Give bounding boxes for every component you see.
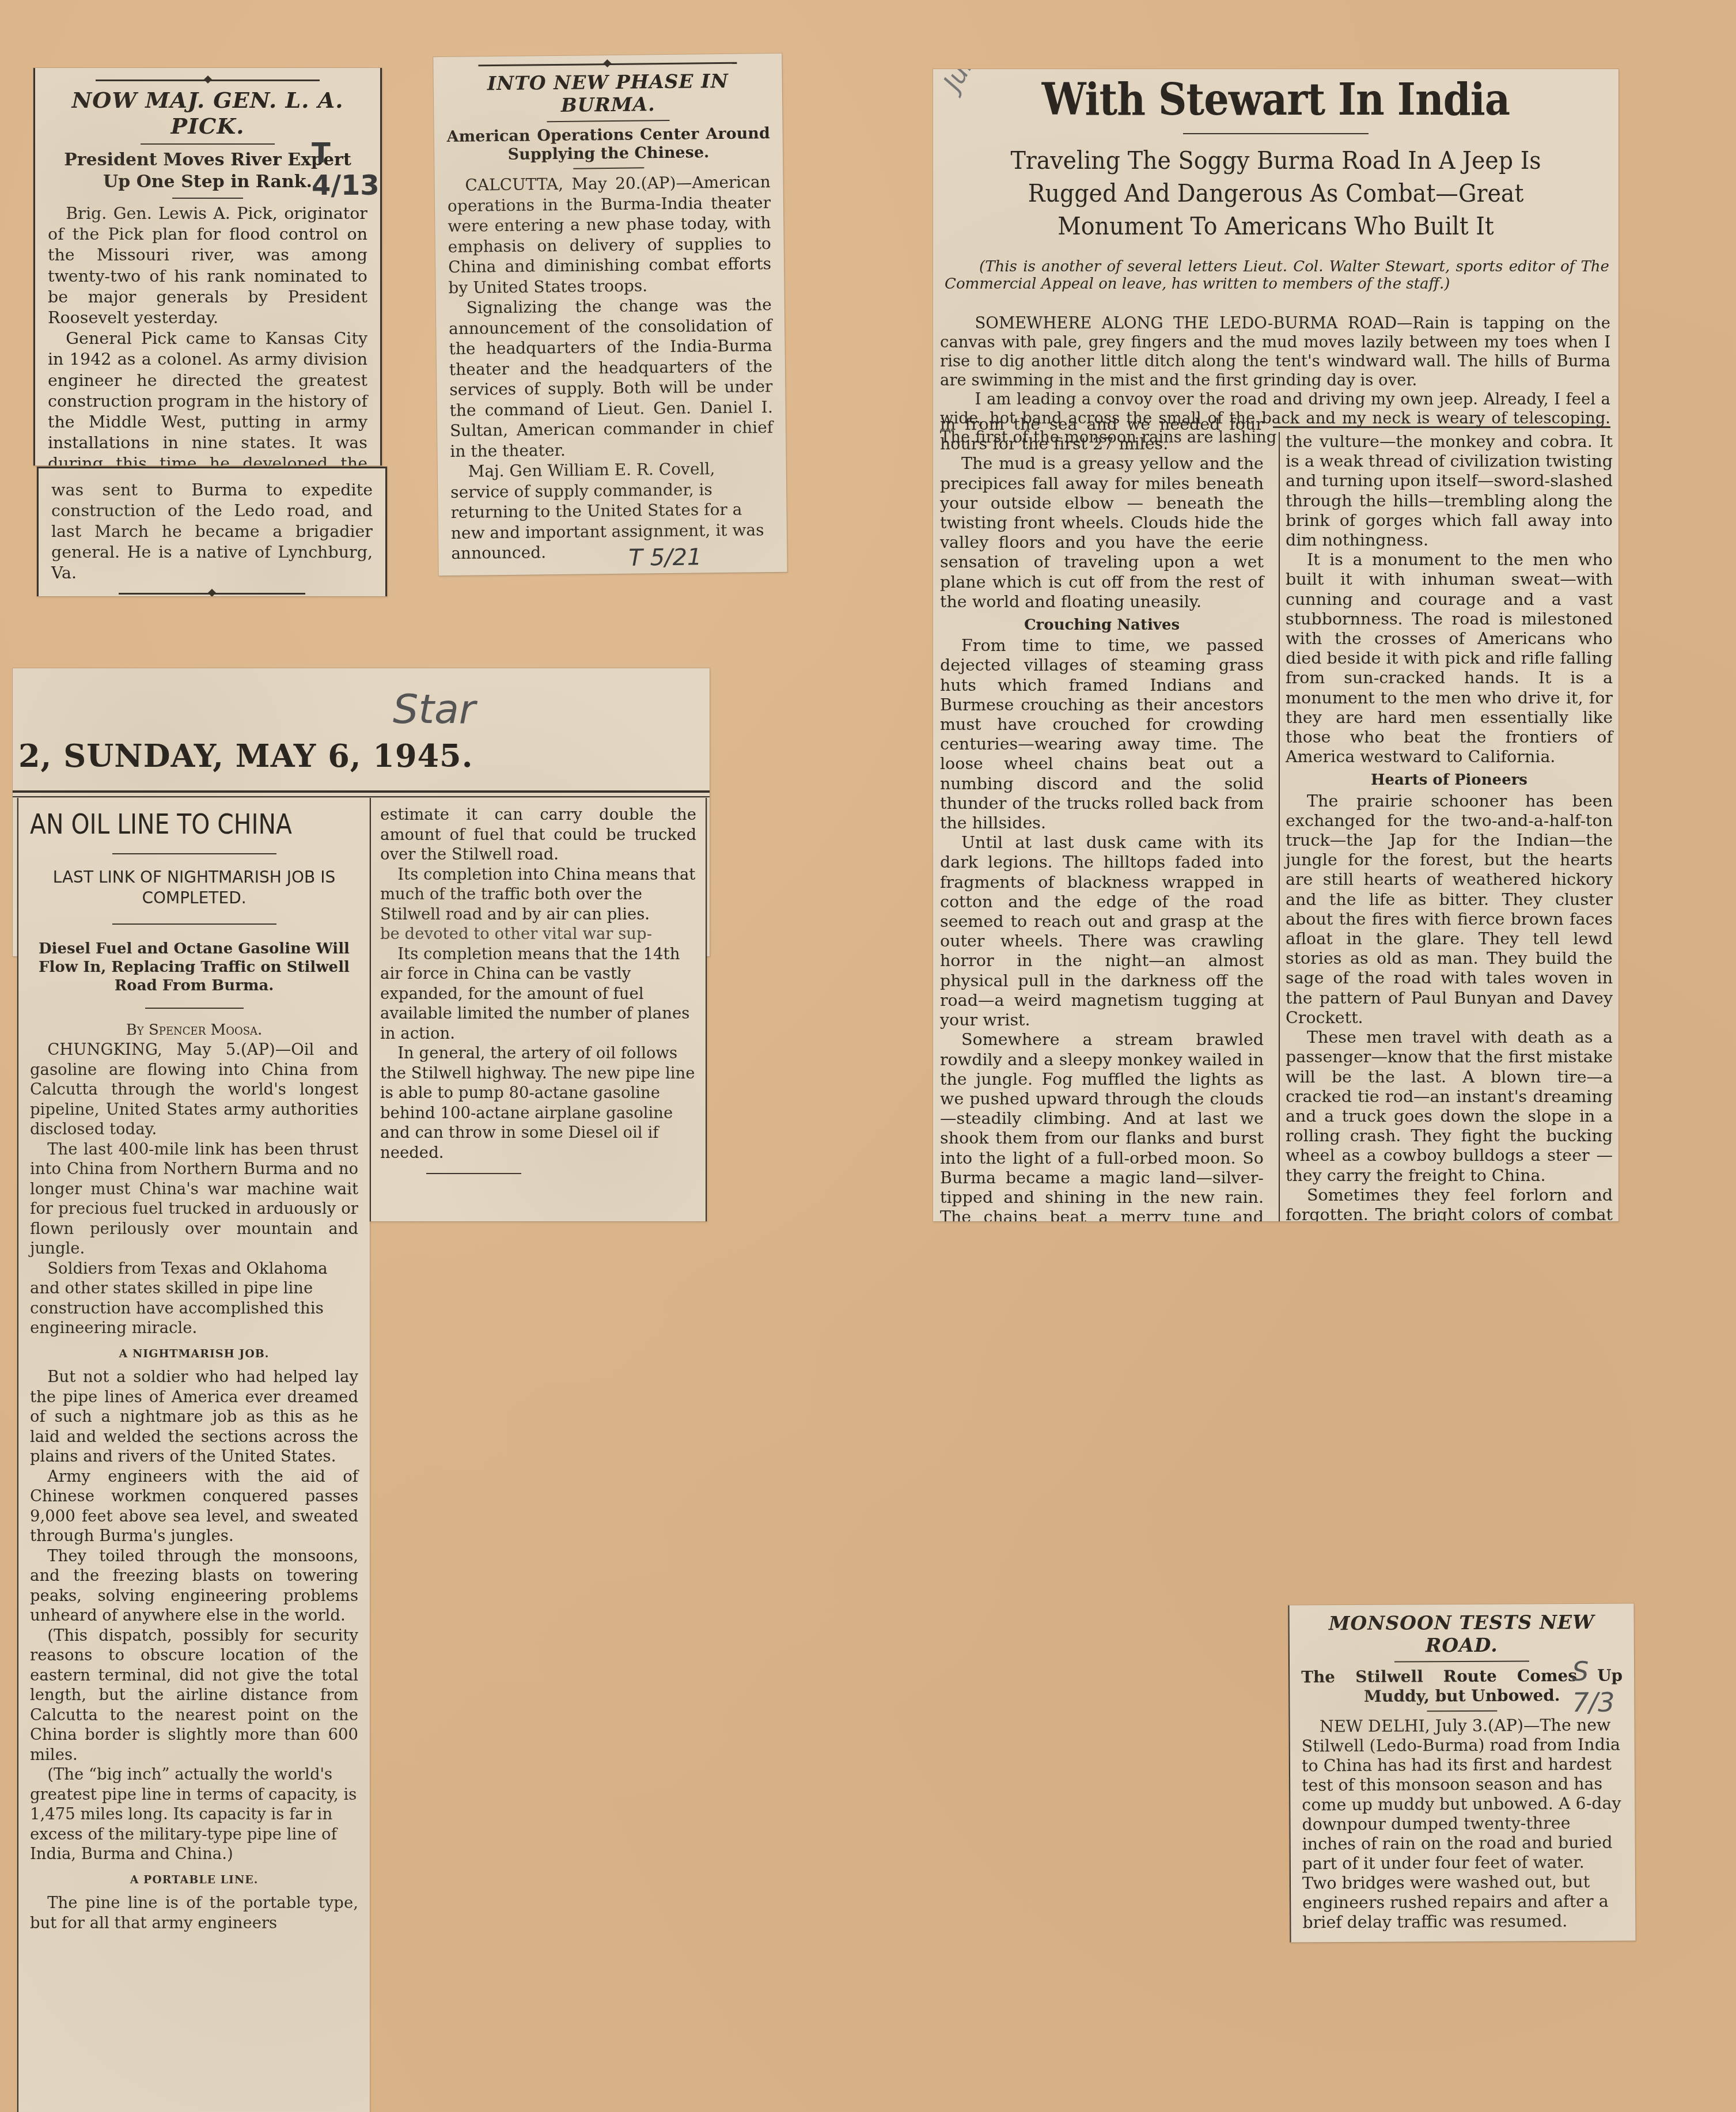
paragraph: estimate it can carry double the amount … [380, 805, 696, 865]
subhead: Hearts of Pioneers [1286, 770, 1613, 790]
article-header: With Stewart In India Traveling The Sogg… [933, 74, 1619, 293]
article-body: Brig. Gen. Lewis A. Pick, originator of … [48, 203, 367, 465]
divider [547, 120, 669, 122]
paragraph: These men travel with death as a passeng… [1286, 1028, 1613, 1186]
paragraph: CHUNGKING, May 5.(AP)—Oil and gasoline a… [30, 1040, 358, 1140]
paragraph: The mud is a greasy yellow and the preci… [940, 454, 1264, 612]
paragraph: In general, the artery of oil follows th… [380, 1043, 696, 1163]
divider [112, 853, 276, 854]
paragraph: (The “big inch” actually the world's gre… [30, 1765, 358, 1864]
divider [1427, 1710, 1498, 1712]
article-left-column: in from the sea and we needed four hours… [940, 415, 1264, 1221]
divider [1394, 1660, 1529, 1662]
paragraph: Soldiers from Texas and Oklahoma and oth… [30, 1259, 358, 1338]
subhead: A PORTABLE LINE. [30, 1870, 358, 1890]
paragraph: Signalizing the change was the announcem… [449, 294, 774, 461]
handwritten-note: Star [393, 686, 476, 733]
deck: LAST LINK OF NIGHTMARISH JOB IS COMPLETE… [30, 867, 358, 909]
article-body: CHUNGKING, May 5.(AP)—Oil and gasoline a… [30, 1040, 358, 1933]
headline: AN OIL LINE TO CHINA [30, 808, 309, 841]
paragraph: From time to time, we passed dejected vi… [940, 636, 1264, 833]
dateline-date: SUNDAY, MAY 6, 1945. [63, 737, 473, 774]
handwritten-note: S 7/3 [1572, 1655, 1635, 1718]
headline: NOW MAJ. GEN. L. A. PICK. [48, 87, 367, 139]
paragraph: Somewhere a stream brawled rowdily and a… [940, 1030, 1264, 1221]
headline: With Stewart In India [968, 74, 1585, 125]
paragraph: CALCUTTA, May 20.(AP)—American operation… [447, 172, 771, 298]
subhead: A NIGHTMARISH JOB. [30, 1344, 358, 1364]
byline: By Spencer Moosa. [30, 1021, 358, 1039]
clipping-with-stewart-in-india: With Stewart In India Traveling The Sogg… [933, 69, 1619, 1221]
paragraph: Brig. Gen. Lewis A. Pick, originator of … [48, 203, 367, 328]
divider [573, 167, 644, 169]
ornament-rule [119, 593, 305, 595]
subhead: Crouching Natives [940, 615, 1264, 635]
paragraph: (This dispatch, possibly for security re… [30, 1626, 358, 1765]
clipping-monsoon-tests-new-road: MONSOON TESTS NEW ROAD. The Stilwell Rou… [1288, 1603, 1635, 1942]
editor-note-text: (This is another of several letters Lieu… [945, 258, 1609, 293]
clipping-oil-line-right-column: estimate it can carry double the amount … [370, 798, 707, 1221]
clipping-new-phase-burma: INTO NEW PHASE IN BURMA. American Operat… [433, 54, 787, 576]
ornament-rule [479, 62, 737, 67]
paragraph: The last 400-mile link has been thrust i… [30, 1140, 358, 1259]
paragraph: Army engineers with the aid of Chinese w… [30, 1467, 358, 1546]
divider [1183, 133, 1368, 134]
deck: Traveling The Soggy Burma Road In A Jeep… [961, 145, 1591, 243]
divider [145, 1008, 244, 1009]
divider [172, 198, 242, 199]
paragraph: Its completion into China means that muc… [380, 865, 696, 925]
paragraph: The pine line is of the portable type, b… [30, 1893, 358, 1933]
paragraph: They toiled through the monsoons, and th… [30, 1546, 358, 1626]
handwritten-note: T 4/13 [312, 137, 380, 202]
headline: MONSOON TESTS NEW ROAD. [1301, 1611, 1623, 1657]
paragraph: But not a soldier who had helped lay the… [30, 1367, 358, 1467]
masthead-rule [13, 796, 710, 797]
masthead-rule [13, 790, 710, 793]
clipping-pick: NOW MAJ. GEN. L. A. PICK. President Move… [33, 68, 382, 465]
paragraph: Its completion means that the 14th air f… [380, 944, 696, 1044]
paragraph: Maj. Gen William E. R. Covell, service o… [450, 458, 775, 563]
article-right-column: the vulture—the monkey and cobra. It is … [1279, 432, 1613, 1221]
dateline-prefix: 2, [18, 737, 52, 774]
clipping-oil-line-left-column: AN OIL LINE TO CHINA LAST LINK OF NIGHTM… [17, 798, 370, 2112]
paragraph: NEW DELHI, July 3.(AP)—The new Stilwell … [1301, 1716, 1624, 1933]
clipping-pick-continuation: was sent to Burma to expedite constructi… [37, 467, 387, 596]
paragraph: General Pick came to Kansas City in 1942… [48, 328, 367, 465]
headline: INTO NEW PHASE IN BURMA. [446, 69, 770, 118]
handwritten-note: T 5/21 [628, 544, 702, 571]
article-body: CALCUTTA, May 20.(AP)—American operation… [447, 172, 774, 563]
paragraph: in from the sea and we needed four hours… [940, 415, 1264, 454]
paragraph: the vulture—the monkey and cobra. It is … [1286, 432, 1613, 550]
paragraph: It is a monument to the men who built it… [1286, 550, 1613, 767]
paragraph: Until at last dusk came with its dark le… [940, 833, 1264, 1030]
paragraph: was sent to Burma to expedite constructi… [51, 480, 373, 584]
column-rule [1273, 426, 1610, 428]
paragraph: Sometimes they feel forlorn and forgotte… [1286, 1186, 1613, 1221]
divider [141, 143, 275, 145]
divider [112, 923, 276, 925]
ornament-rule [96, 80, 320, 81]
article-body: NEW DELHI, July 3.(AP)—The new Stilwell … [1301, 1716, 1624, 1933]
divider [426, 1173, 521, 1174]
paragraph: SOMEWHERE ALONG THE LEDO-BURMA ROAD—Rain… [940, 314, 1610, 390]
article-body: was sent to Burma to expedite constructi… [51, 480, 373, 584]
dateline: 2, SUNDAY, MAY 6, 1945. [18, 737, 473, 774]
paragraph: be devoted to other vital war sup- [380, 924, 696, 944]
deck: American Operations Center Around Supply… [447, 124, 771, 165]
article-body: estimate it can carry double the amount … [380, 805, 696, 1163]
editor-note: (This is another of several letters Lieu… [933, 258, 1619, 293]
subdeck: Diesel Fuel and Octane Gasoline Will Flo… [30, 940, 358, 995]
paragraph: The prairie schooner has been exchanged … [1286, 792, 1613, 1028]
